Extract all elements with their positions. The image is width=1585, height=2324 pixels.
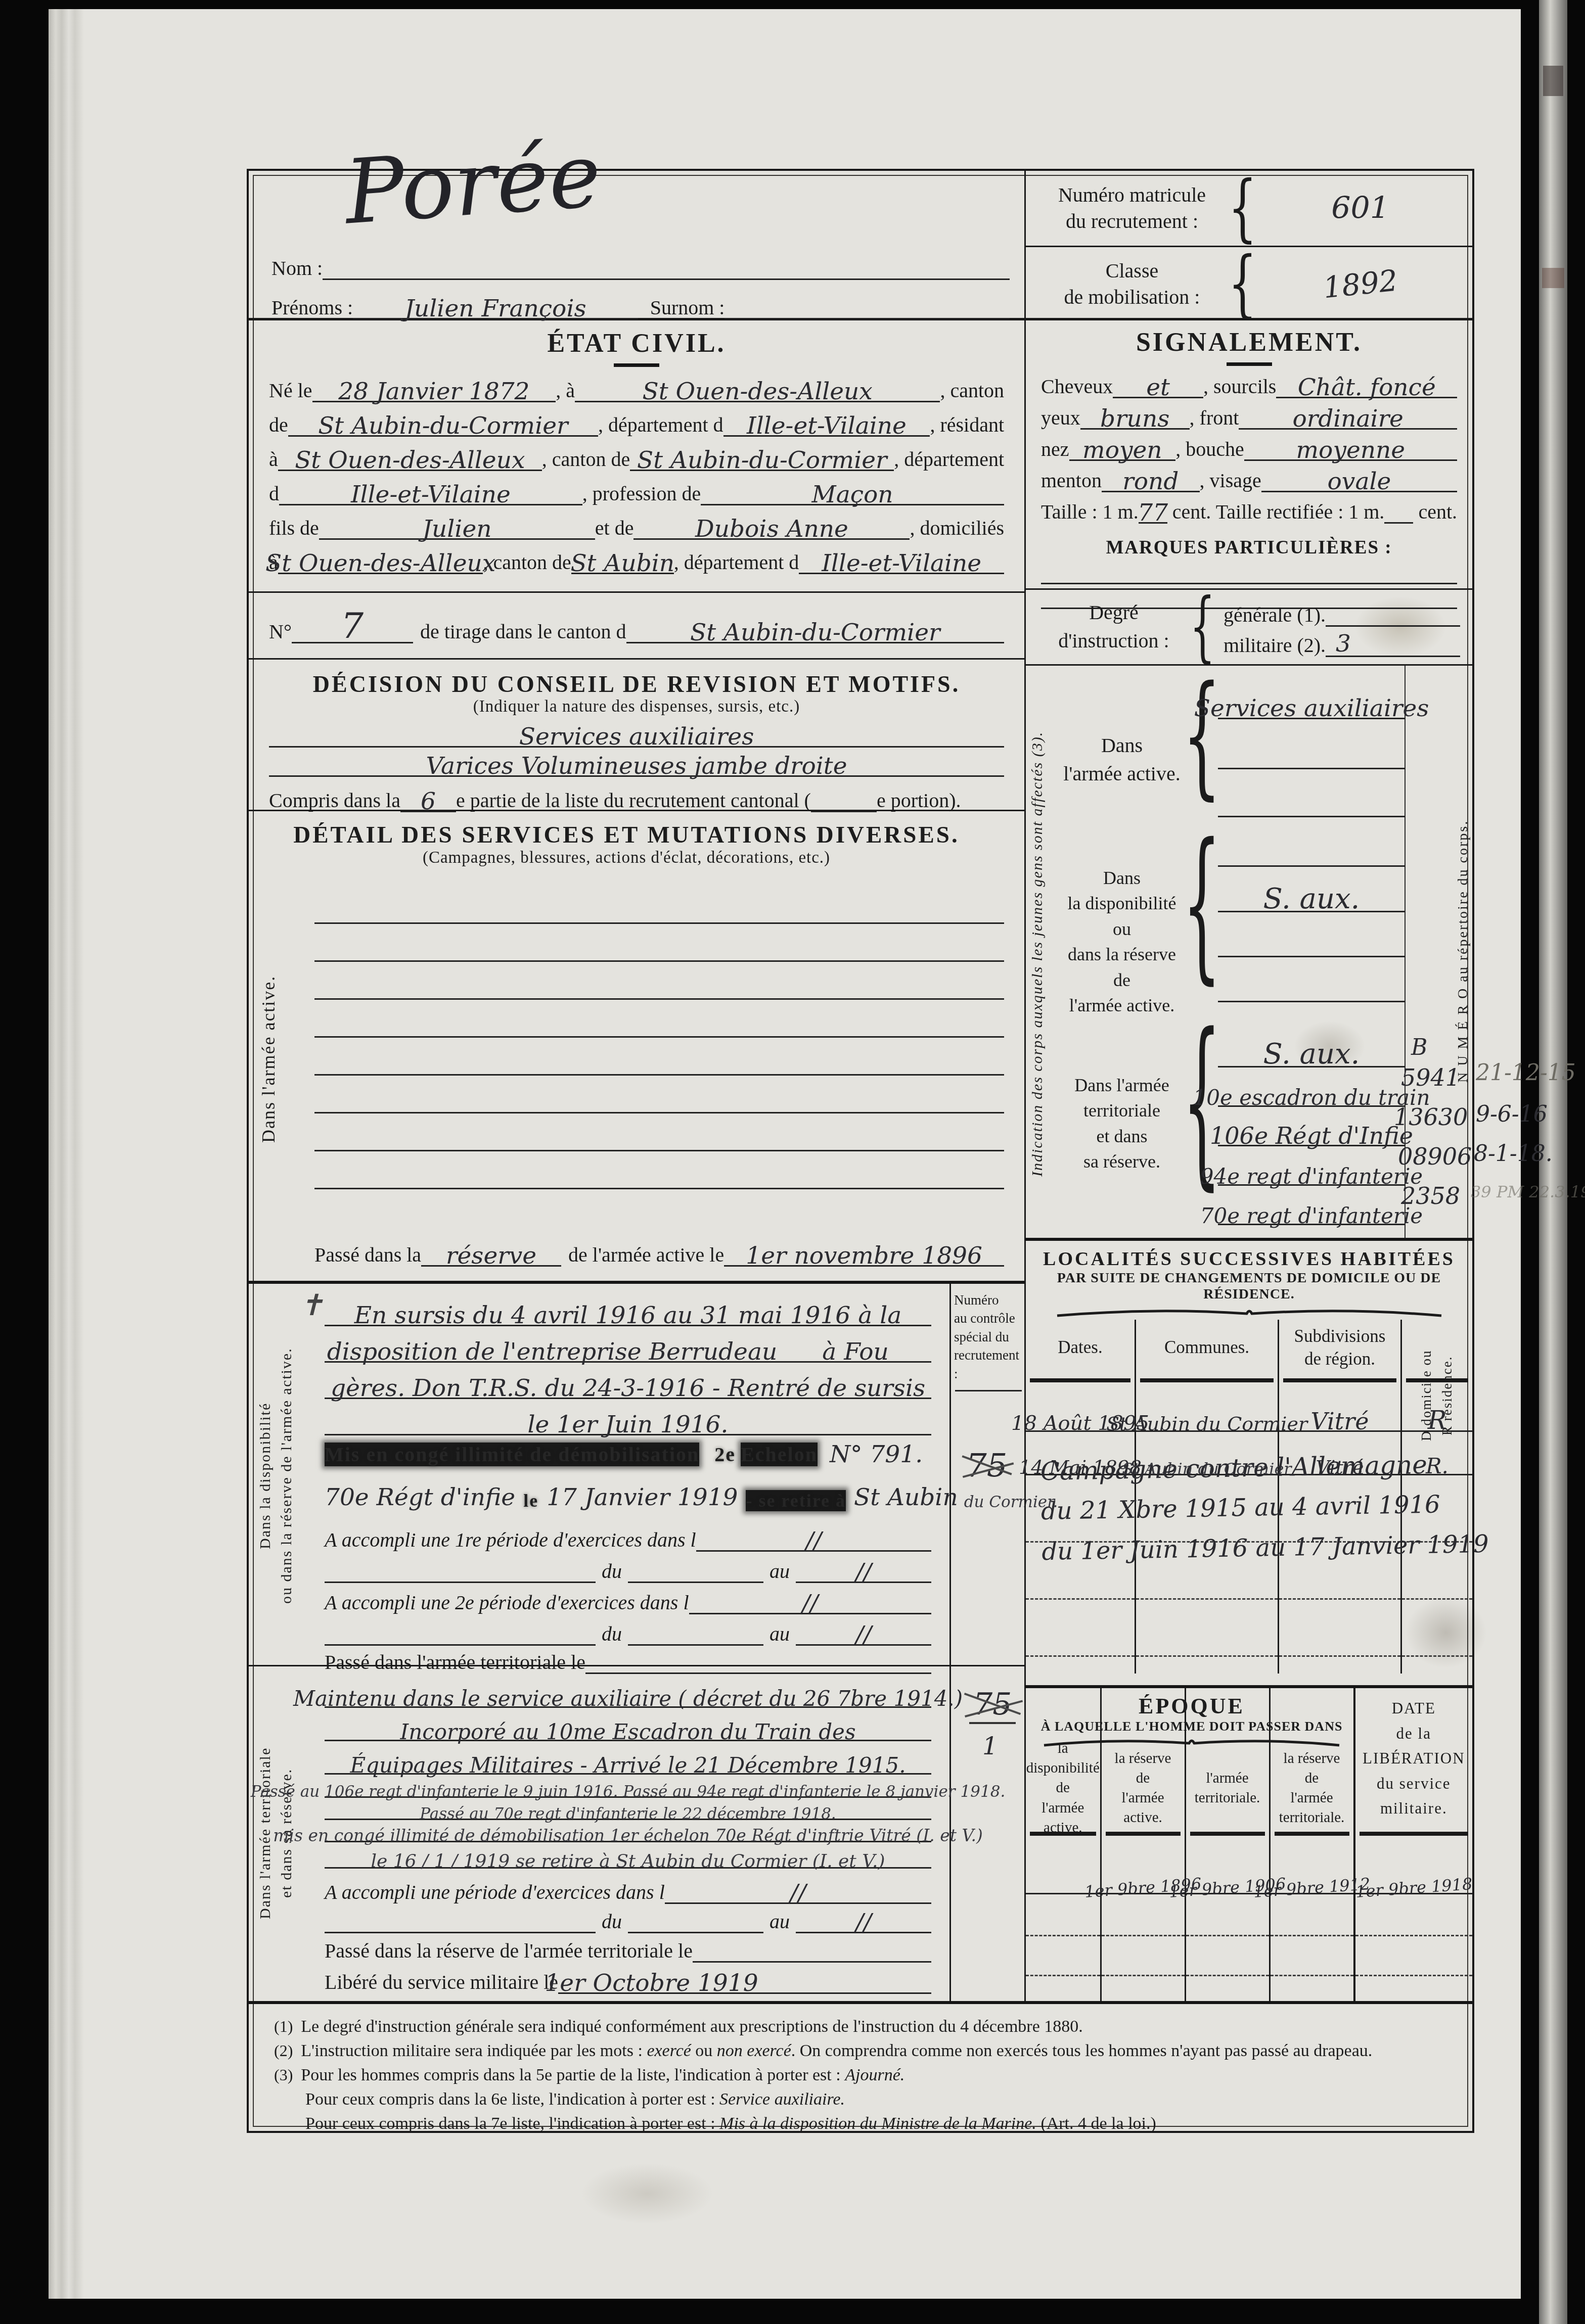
empty-line: [1026, 1975, 1100, 1976]
prenoms-line: Julien François: [353, 290, 638, 319]
box2-brace: {: [1183, 824, 1221, 988]
ec-value: Julien: [422, 515, 491, 543]
signalement-section: SIGNALEMENT. Cheveux et , sourcils Chât.…: [1024, 320, 1472, 588]
signalement-title: SIGNALEMENT.: [1041, 328, 1457, 357]
empty-line: [1355, 1975, 1472, 1976]
sursis-text: En sursis du 4 avril 1916 au 31 mai 1916…: [325, 1289, 931, 1511]
cent-label: cent.: [1418, 500, 1457, 524]
note-2-italic-1: exercé: [647, 2041, 691, 2060]
ec-label: , domiciliés: [910, 516, 1004, 540]
ec-value: Ille-et-Vilaine: [822, 549, 981, 577]
epoque-title: ÉPOQUE: [1026, 1693, 1357, 1719]
blank: [325, 1644, 596, 1646]
blank-line: [1218, 816, 1405, 817]
head-rule: [1030, 1832, 1096, 1836]
sursis-l5d: - se retire à: [746, 1490, 846, 1511]
empty-line: [1186, 1935, 1269, 1936]
degre-brace: {: [1190, 588, 1215, 665]
cheveux-label: Cheveux: [1041, 375, 1113, 398]
blank-line: [314, 1074, 1004, 1076]
sourcils-value: Chât. foncé: [1298, 374, 1436, 401]
front-value: ordinaire: [1292, 405, 1403, 433]
echelon-stamp: Echelon: [741, 1443, 818, 1466]
sursis-l5a: 70e Régt d'infie: [325, 1483, 515, 1511]
periode-label: A accompli une période d'exercices dans …: [325, 1880, 665, 1904]
taille-label: Taille : 1 m.: [1041, 500, 1139, 524]
ditto: //: [855, 1909, 872, 1936]
ec-value: Maçon: [812, 481, 893, 508]
empty-line: [1355, 1935, 1472, 1936]
nom-row: Nom :: [271, 247, 1010, 280]
corps-num-2: 13630: [1394, 1103, 1468, 1131]
rule: [614, 363, 659, 367]
blank: [325, 1582, 596, 1583]
matricule-brace: {: [1228, 172, 1257, 245]
empty-line: [1186, 1975, 1269, 1976]
col-subdiv-header: Subdivisions de région.: [1279, 1320, 1400, 1375]
blank: [628, 1932, 763, 1933]
visage-label: , visage: [1200, 469, 1261, 492]
note-3-num: (3): [274, 2066, 293, 2084]
controle-column: Numéro au contrôle spécial du recrutemen…: [949, 1284, 1026, 1665]
ec-label: à: [269, 447, 278, 471]
ink-smear: [1543, 66, 1563, 96]
blank: [1326, 656, 1460, 657]
name-flourish: Porée: [342, 124, 605, 245]
matricule-form: Porée Nom : Prénoms : Julien François Su…: [247, 169, 1474, 2133]
maintenu-s1: Passé au 106e regt d'infanterie le 9 jui…: [251, 1783, 1006, 1801]
details-section: DÉTAIL DES SERVICES ET MUTATIONS DIVERSE…: [249, 810, 1024, 1281]
stamp-number: N° 791.: [830, 1440, 923, 1468]
surnom-line: [724, 318, 1010, 319]
ditto: //: [802, 1590, 818, 1617]
etat-line-5: fils de Julien et de Dubois Anne , domic…: [269, 505, 1004, 540]
visage-value: ovale: [1328, 468, 1391, 495]
taille-rectifiee-label: cent. Taille rectifiée : 1 m.: [1172, 500, 1385, 524]
sursis-l2a: disposition de l'entreprise Berrudeau: [327, 1338, 777, 1366]
head-rule: [1275, 1832, 1349, 1836]
tirage-no-label: N°: [269, 620, 292, 643]
details-blank-lines: [314, 887, 1004, 1189]
empty-line: [1402, 1598, 1472, 1600]
corps-entry: 106e Régt d'Infie: [1210, 1122, 1413, 1149]
classe-label: Classe de mobilisation :: [1036, 258, 1228, 310]
etat-civil-title: ÉTAT CIVIL.: [269, 329, 1004, 358]
head-rule: [1106, 1832, 1181, 1836]
corps-num-4: 2358: [1401, 1182, 1460, 1210]
nez-value: moyen: [1082, 436, 1162, 464]
maintenu-l1: Maintenu dans le service auxiliaire ( dé…: [293, 1686, 963, 1711]
blank-line: [314, 960, 1004, 962]
empty-line: [1026, 1655, 1135, 1657]
etat-line-6: à St Ouen-des-Alleux , canton de St Aubi…: [269, 540, 1004, 574]
sursis-l4: le 1er Juin 1916.: [528, 1411, 729, 1438]
etat-line-3: à St Ouen-des-Alleux , canton de St Aubi…: [269, 437, 1004, 471]
blank: [628, 1644, 763, 1646]
yeux-value: bruns: [1100, 405, 1169, 433]
ec-label: , département d: [598, 413, 723, 437]
au-label: au: [769, 1559, 790, 1583]
ec-label: , canton: [940, 379, 1004, 402]
blank-line: [314, 998, 1004, 1000]
ep-col3-header: l'armée territoriale.: [1186, 1748, 1269, 1829]
passe-reserve-terr-label: Passé dans la réserve de l'armée territo…: [325, 1939, 693, 1963]
passe-hw: réserve: [446, 1242, 536, 1270]
ec-label: , département d: [674, 550, 799, 574]
tirage-section: N° 7 de tirage dans le canton d St Aubin…: [249, 591, 1024, 658]
header-band: Porée Nom : Prénoms : Julien François Su…: [249, 171, 1472, 320]
maintenu-text: Maintenu dans le service auxiliaire ( dé…: [325, 1672, 931, 1869]
brace-flourish: [1040, 1737, 1343, 1747]
ec-label: , à: [556, 379, 575, 402]
head-rule: [1190, 1832, 1265, 1836]
decision-subtitle: (Indiquer la nature des dispenses, sursi…: [269, 698, 1004, 716]
territoriale-box: Dans l'armée territoriale et dans sa rés…: [1056, 1027, 1405, 1234]
controle2-num: 75: [969, 1687, 1016, 1724]
du-label: du: [602, 1559, 622, 1583]
compris-mid: e partie de la liste du recrutement cant…: [456, 788, 811, 812]
blank-line: [314, 1150, 1004, 1151]
note-5-text: (Art. 4 de la loi.): [1036, 2114, 1156, 2133]
sursis-side-label: Dans la disponibilité ou dans la réserve…: [255, 1304, 297, 1648]
classe-row: Classe de mobilisation : { 1892: [1026, 247, 1474, 320]
matricule-value: 601: [1331, 191, 1389, 226]
sursis-l5c: 17 Janvier 1919: [547, 1483, 738, 1511]
controle-label: Numéro au contrôle spécial du recrutemen…: [951, 1284, 1026, 1390]
details-subtitle: (Campagnes, blessures, actions d'éclat, …: [249, 849, 1004, 867]
ec-label: fils de: [269, 516, 319, 540]
prenoms-value: Julien François: [404, 295, 586, 322]
matricule-label: Numéro matricule du recrutement :: [1036, 182, 1228, 235]
ditto: //: [790, 1879, 806, 1907]
note-4-italic: Service auxiliaire.: [719, 2090, 845, 2109]
sursis-section: Dans la disponibilité ou dans la réserve…: [249, 1281, 1024, 1665]
ec-value: Dubois Anne: [695, 515, 848, 543]
header-right: Numéro matricule du recrutement : { 601 …: [1024, 171, 1474, 320]
empty-line: [1102, 1975, 1185, 1976]
empty-line: [1279, 1655, 1400, 1657]
loc-subdiv-1: Vitré: [1311, 1408, 1369, 1435]
sursis-l2b: à Fou: [822, 1338, 889, 1366]
note-2-italic-2: non exercé: [717, 2041, 791, 2060]
menton-value: rond: [1122, 468, 1179, 495]
maintenu-s2: Passé au 70e regt d'infanterie le 22 déc…: [420, 1805, 836, 1823]
sourcils-label: , sourcils: [1203, 375, 1276, 398]
echelon-stamp-2e: 2e: [714, 1443, 736, 1466]
compris-pre: Compris dans la: [269, 788, 400, 812]
red-smear: [1542, 268, 1564, 288]
generale-label: générale (1).: [1224, 603, 1326, 627]
epoque-header: ÉPOQUE À LAQUELLE L'HOMME DOIT PASSER DA…: [1026, 1688, 1357, 1747]
yeux-label: yeux: [1041, 406, 1080, 430]
passe-date: 1er novembre 1896: [746, 1242, 982, 1270]
ditto: //: [805, 1527, 822, 1555]
empty-line: [1136, 1655, 1278, 1657]
empty-line: [1026, 1935, 1100, 1936]
degre-section: Degré d'instruction : { générale (1). 3 …: [1024, 588, 1472, 664]
blank-line: [314, 922, 1004, 924]
brace-flourish: [1052, 1307, 1446, 1318]
demob-stamp: Mis en congé illimité de démobilisation: [325, 1443, 699, 1466]
loc-dr-1: R: [1428, 1406, 1447, 1435]
blank: [693, 1961, 931, 1963]
corps-date-3: 8-1-18.: [1474, 1141, 1553, 1167]
territoriale-label: Dans l'armée territoriale et dans sa rés…: [1056, 1073, 1188, 1175]
disponibilite-label: Dans la disponibilité ou dans la réserve…: [1056, 865, 1188, 1018]
epoque-subtitle: À LAQUELLE L'HOMME DOIT PASSER DANS: [1026, 1719, 1357, 1734]
front-label: , front: [1190, 406, 1239, 430]
libere-label: Libéré du service militaire le: [325, 1970, 558, 1994]
decision-line2: Varices Volumineuses jambe droite: [426, 752, 847, 780]
du-label: du: [602, 1622, 622, 1646]
blank-line: [314, 1188, 1004, 1189]
bouche-label: , bouche: [1175, 437, 1244, 461]
bouche-value: moyenne: [1296, 436, 1406, 464]
ec-label: , profession de: [582, 482, 701, 505]
maintenu-section: Dans l'armée territoriale et dans sa rés…: [249, 1665, 1024, 2001]
militaire-label: militaire (2).: [1224, 633, 1326, 657]
exercise-lines: A accompli une 1re période d'exercices d…: [325, 1520, 931, 1674]
note-2-num: (2): [274, 2041, 293, 2060]
scanned-register-page: Porée Nom : Prénoms : Julien François Su…: [0, 0, 1585, 2324]
armee-active-label: Dans l'armée active.: [1056, 731, 1188, 788]
sursis-l5e: St Aubin: [854, 1483, 958, 1511]
ep-value-5: 1er 9bre 1918: [1355, 1874, 1473, 1901]
corps-num-3: 08906: [1398, 1143, 1472, 1170]
empty-line: [1271, 1975, 1353, 1976]
ec-label: d: [269, 482, 279, 505]
ep-col1-header: la disponibilité de l'armée active.: [1026, 1748, 1100, 1829]
blank-line: [314, 1112, 1004, 1113]
ec-label: , canton de: [542, 447, 630, 471]
ec-value: St Ouen-des-Alleux: [265, 549, 495, 577]
surnom-label: Surnom :: [650, 296, 725, 319]
details-side-label: Dans l'armée active.: [258, 902, 279, 1216]
prenoms-row: Prénoms : Julien François Surnom :: [271, 286, 1010, 319]
empty-line: [1279, 1598, 1400, 1600]
ec-value: 28 Janvier 1872: [338, 378, 529, 405]
corps-entry: 94e regt d'infanterie: [1200, 1164, 1423, 1189]
note-5-italic: Mis à la disposition du Ministre de la M…: [719, 2114, 1036, 2133]
prenoms-label: Prénoms :: [271, 296, 353, 319]
sursis-l1: En sursis du 4 avril 1916 au 31 mai 1916…: [354, 1302, 901, 1329]
nez-label: nez: [1041, 437, 1069, 461]
ec-label: et de: [595, 516, 634, 540]
blank-line: [1218, 956, 1405, 957]
corps-side-label: Indication des corps auxquels les jeunes…: [1029, 696, 1046, 1212]
au-label: au: [769, 1622, 790, 1646]
nom-label: Nom :: [271, 256, 323, 280]
ec-value: Ille-et-Vilaine: [351, 481, 511, 508]
periode1-label: A accompli une 1re période d'exercices d…: [325, 1528, 696, 1552]
du-label: du: [602, 1910, 622, 1933]
decision-line1: Services auxiliaires: [519, 723, 754, 751]
armee-active-value: Services auxiliaires: [1194, 694, 1429, 722]
corps-date-2: 9-6-16: [1476, 1101, 1548, 1127]
campagne-l2: du 21 Xbre 1915 au 4 avril 1916: [1041, 1490, 1456, 1525]
disponibilite-box: Dans la disponibilité ou dans la réserve…: [1056, 845, 1405, 1022]
col-dates-header: Dates.: [1026, 1320, 1135, 1375]
note-3-text: Pour les hommes compris dans la 5e parti…: [301, 2066, 845, 2084]
corps-entry: 70e regt d'infanterie: [1200, 1203, 1423, 1228]
corps-date-4: 39 PM 22.3.19: [1471, 1182, 1585, 1201]
etat-line-4: d Ille-et-Vilaine , profession de Maçon: [269, 471, 1004, 505]
tirage-text: de tirage dans le canton d: [420, 620, 626, 643]
head-rule: [1283, 1378, 1396, 1382]
loc-commune-1: St Aubin du Cormier: [1106, 1413, 1307, 1435]
passe-reserve-row: Passé dans la réserve de l'armée active …: [314, 1231, 1004, 1267]
au-label: au: [769, 1910, 790, 1933]
blank-line: [1041, 583, 1457, 584]
maintenu-l3: Équipages Militaires - Arrivé le 21 Déce…: [350, 1753, 905, 1778]
ep-col-5: DATE de la LIBÉRATION du service militai…: [1353, 1688, 1472, 2004]
localites-subtitle: PAR SUITE DE CHANGEMENTS DE DOMICILE OU …: [1026, 1270, 1472, 1303]
note-2-text: ou: [691, 2041, 717, 2060]
cross-mark: ✝: [299, 1288, 324, 1322]
sursis-l5b: le: [523, 1490, 538, 1511]
head-rule: [1360, 1832, 1468, 1836]
ec-value: St Aubin: [570, 549, 674, 577]
maintenu-s3: mis en congé illimité de démobilisation …: [273, 1826, 983, 1845]
empty-line: [1136, 1598, 1278, 1600]
note-5-text: Pour ceux compris dans la 7e liste, l'in…: [305, 2114, 719, 2133]
note-3-italic: Ajourné.: [845, 2066, 904, 2084]
empty-line: [1102, 1935, 1185, 1936]
cheveux-value: et: [1146, 374, 1170, 401]
etat-civil-section: ÉTAT CIVIL. Né le 28 Janvier 1872 , à St…: [249, 320, 1024, 591]
etat-line-1: Né le 28 Janvier 1872 , à St Ouen-des-Al…: [269, 367, 1004, 402]
head-rule: [1030, 1378, 1130, 1382]
libere-value: 1er Octobre 1919: [545, 1969, 758, 1997]
epoque-section: ÉPOQUE À LAQUELLE L'HOMME DOIT PASSER DA…: [1024, 1685, 1472, 2001]
tirage-no-value: 7: [341, 605, 364, 646]
disponibilite-value: S. aux.: [1263, 882, 1360, 915]
classe-brace: {: [1228, 248, 1257, 320]
corps-num-1: 5941: [1401, 1064, 1460, 1091]
maintenu-l2: Incorporé au 10me Escadron du Train des: [400, 1719, 856, 1744]
controle2-den: 1: [982, 1732, 1026, 1760]
ec-value: St Aubin-du-Cormier: [318, 412, 568, 440]
details-title: DÉTAIL DES SERVICES ET MUTATIONS DIVERSE…: [249, 821, 1004, 849]
ditto: //: [855, 1621, 872, 1649]
controle-value: 75: [966, 1447, 1007, 1484]
blank-line: [1218, 768, 1405, 769]
maintenu-printed: A accompli une période d'exercices dans …: [325, 1875, 931, 1994]
marques-label: MARQUES PARTICULIÈRES :: [1041, 537, 1457, 559]
ec-value: St Ouen-des-Alleux: [643, 378, 873, 405]
ep-col2-header: la réserve de l'armée active.: [1102, 1748, 1185, 1829]
campagne-note: Campagne contre l'Allemagne du 21 Xbre 1…: [1040, 1450, 1457, 1566]
box1-brace: {: [1183, 670, 1221, 803]
ec-value: St Ouen-des-Alleux: [295, 446, 525, 474]
head-rule: [1140, 1378, 1274, 1382]
blank: [325, 1932, 596, 1933]
blank-line: [1218, 1001, 1405, 1002]
compris-end: e portion).: [877, 788, 961, 812]
localites-title: LOCALITÉS SUCCESSIVES HABITÉES: [1026, 1248, 1472, 1270]
ec-label: de: [269, 413, 288, 437]
armee-active-box: Dans l'armée active. { Services auxiliai…: [1056, 671, 1405, 843]
margin-b: B: [1411, 1035, 1427, 1060]
passe-pre: Passé dans la: [314, 1243, 421, 1267]
matricule-row: Numéro matricule du recrutement : { 601: [1026, 171, 1474, 247]
note-2-text: . On comprendra comme non exercés tous l…: [791, 2041, 1372, 2060]
blank-line: [314, 1036, 1004, 1038]
ec-label: Né le: [269, 379, 312, 402]
sursis-l3: gères. Don T.R.S. du 24-3-1916 - Rentré …: [331, 1374, 925, 1402]
blank: [628, 1582, 763, 1583]
ep-col4-header: la réserve de l'armée territoriale.: [1271, 1748, 1353, 1829]
tirage-canton: St Aubin-du-Cormier: [690, 619, 940, 646]
corps-date-1: 21-12-15: [1476, 1060, 1576, 1086]
periode2-label: A accompli une 2e période d'exercices da…: [325, 1591, 689, 1614]
numero-corps-label: N U M É R O au répertoire du corps.: [1455, 686, 1471, 1217]
taille-value: 77: [1138, 499, 1168, 527]
nom-line: [323, 278, 1010, 280]
degre-label: Degré d'instruction :: [1038, 598, 1190, 655]
blank: [1384, 522, 1413, 524]
maintenu-s4: le 16 / 1 / 1919 se retire à St Aubin du…: [371, 1851, 885, 1872]
rule: [1227, 362, 1272, 366]
ec-value: Ille-et-Vilaine: [747, 412, 907, 440]
localites-section: LOCALITÉS SUCCESSIVES HABITÉES PAR SUITE…: [1024, 1238, 1472, 1685]
ec-value: St Aubin-du-Cormier: [637, 446, 887, 474]
empty-line: [1026, 1598, 1135, 1600]
decision-title: DÉCISION DU CONSEIL DE REVISION ET MOTIF…: [269, 671, 1004, 698]
empty-line: [1402, 1655, 1472, 1657]
territoriale-value: S. aux.: [1263, 1038, 1360, 1071]
ditto: //: [855, 1558, 872, 1586]
menton-label: menton: [1041, 469, 1102, 492]
etat-line-2: de St Aubin-du-Cormier , département d I…: [269, 402, 1004, 437]
ec-label: , département: [894, 447, 1004, 471]
blank: [745, 1992, 931, 1994]
controle-rule: [955, 1390, 1022, 1391]
footnotes-section: (1) Le degré d'instruction générale sera…: [249, 2001, 1472, 2129]
passe-mid: de l'armée active le: [568, 1243, 724, 1267]
ep-col5-header: DATE de la LIBÉRATION du service militai…: [1355, 1688, 1472, 1829]
corps-section: Indication des corps auxquels les jeunes…: [1024, 664, 1472, 1238]
note-4-text: Pour ceux compris dans la 6e liste, l'in…: [305, 2090, 719, 2109]
ec-label: , canton de: [483, 550, 571, 574]
decision-section: DÉCISION DU CONSEIL DE REVISION ET MOTIF…: [249, 658, 1024, 810]
col-communes-header: Communes.: [1136, 1320, 1278, 1375]
note-2-text: L'instruction militaire sera indiquée pa…: [301, 2041, 647, 2060]
classe-value: 1892: [1322, 263, 1399, 305]
ec-label: , résidant: [930, 413, 1004, 437]
empty-line: [1271, 1935, 1353, 1936]
note-1-text: Le degré d'instruction générale sera ind…: [301, 2017, 1082, 2036]
note-1-num: (1): [274, 2017, 293, 2036]
